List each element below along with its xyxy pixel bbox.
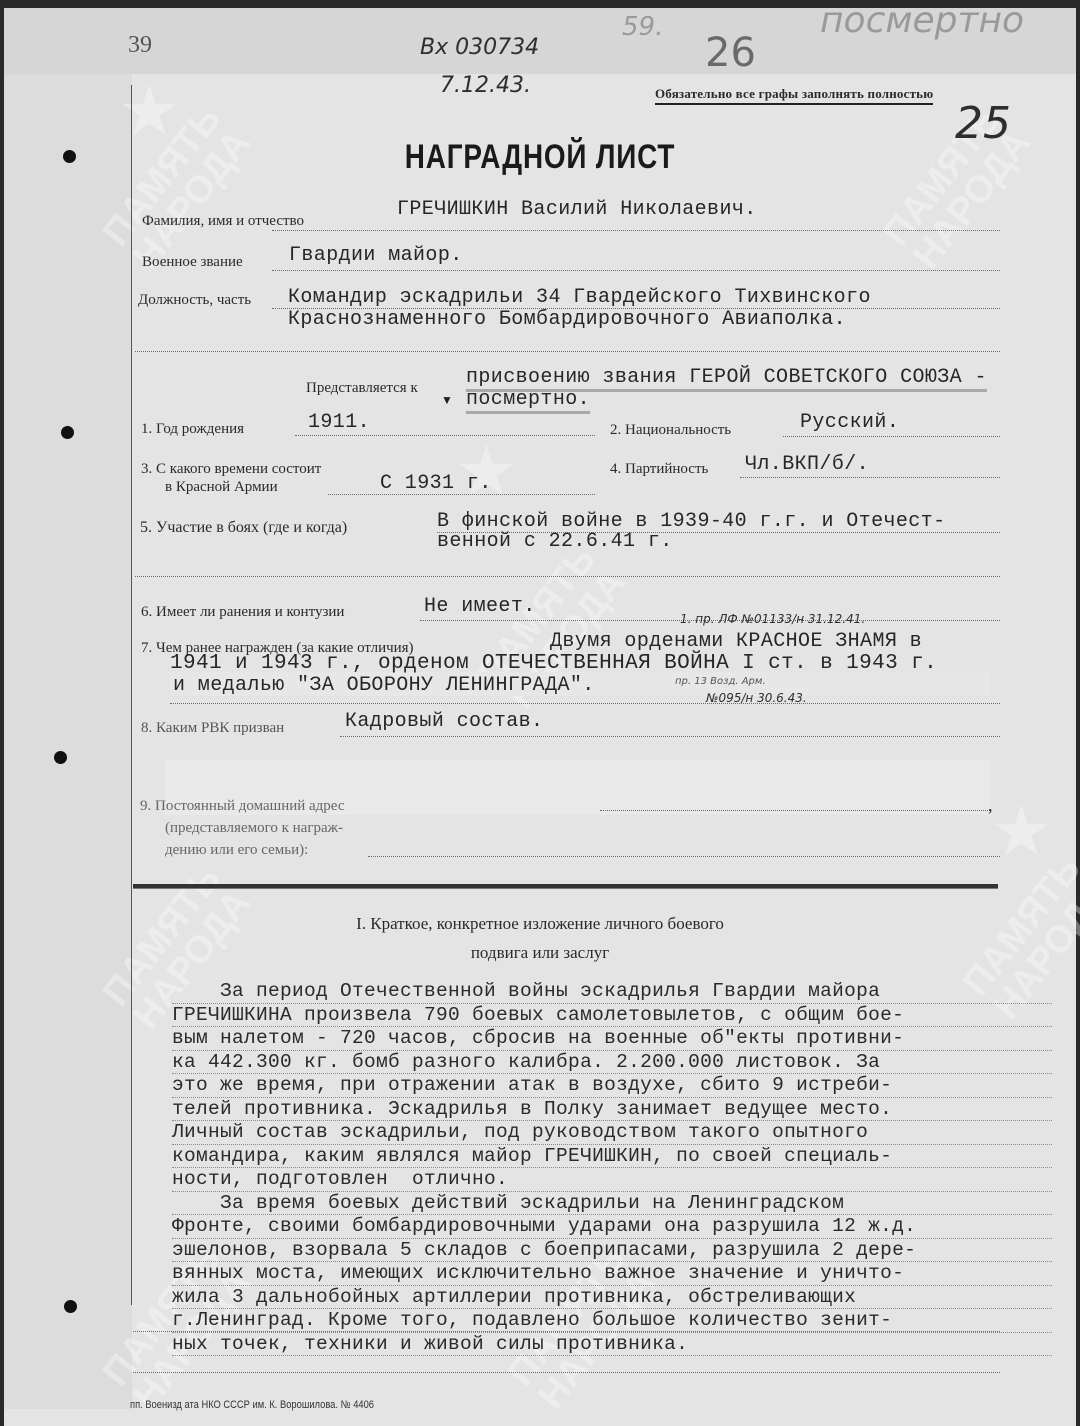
party-value: Чл.ВКП/б/. xyxy=(745,453,869,476)
printer-imprint: пп. Военизд ата НКО СССР им. К. Ворошило… xyxy=(130,1399,374,1411)
rank-value: Гвардии майор. xyxy=(289,244,463,267)
narrative-line: Личный состав эскадрильи, под руководств… xyxy=(172,1121,1052,1145)
address-label-line1: 9. Постоянный домашний адрес xyxy=(140,798,345,815)
full-name-line xyxy=(272,230,1000,231)
wounds-label: 6. Имеет ли ранения и контузии xyxy=(141,604,344,621)
birth-year-line xyxy=(295,435,595,436)
address-label-line2: (представляемого к награж- xyxy=(165,820,343,837)
nominated-label: Представляется к xyxy=(306,380,418,397)
birth-year-value: 1911. xyxy=(308,411,370,434)
handwritten-59: 59. xyxy=(622,12,663,42)
narrative-line: г.Ленинград. Кроме того, подавлено больш… xyxy=(172,1309,1052,1333)
blank-line xyxy=(133,1372,1000,1373)
narrative-line: телей противника. Эскадрилья в Полку зан… xyxy=(172,1098,1052,1122)
narrative-line: вянных моста, имеющих исключительно важн… xyxy=(172,1262,1052,1286)
position-line2 xyxy=(135,351,1000,352)
prev-awards-value-line2: 1941 и 1943 г., орденом ОТЕЧЕСТВЕННАЯ ВО… xyxy=(170,652,937,675)
narrative-line: ГРЕЧИШКИНА произвела 790 боевых самолето… xyxy=(172,1004,1052,1028)
punch-hole xyxy=(54,751,67,764)
narrative-line: За период Отечественной войны эскадрилья… xyxy=(172,980,1052,1004)
obligatory-notice: Обязательно все графы заполнять полность… xyxy=(655,86,933,105)
position-value-line1: Командир эскадрильи 34 Гвардейского Тихв… xyxy=(288,286,871,309)
army-since-value: С 1931 г. xyxy=(380,472,492,495)
prev-awards-value-line1: Двумя орденами КРАСНОЕ ЗНАМЯ в xyxy=(550,630,922,653)
nominated-value-line2: посмертно. xyxy=(466,388,590,414)
page-number: 39 xyxy=(128,32,152,59)
section-divider xyxy=(133,884,998,889)
narrative-line: ных точек, техники и живой силы противни… xyxy=(172,1333,1052,1357)
nationality-line xyxy=(783,436,1000,437)
section1-narrative: За период Отечественной войны эскадрилья… xyxy=(172,980,1052,1356)
arrow-marker-icon: ▼ xyxy=(441,393,453,408)
narrative-line: За время боевых действий эскадрильи на Л… xyxy=(172,1192,1052,1216)
party-line xyxy=(740,477,1000,478)
narrative-line: командира, каким являлся майор ГРЕЧИШКИН… xyxy=(172,1145,1052,1169)
blank-line xyxy=(133,1331,1000,1332)
conscripted-value: Кадровый состав. xyxy=(345,710,543,733)
rank-label: Военное звание xyxy=(142,254,243,271)
address-comma: , xyxy=(988,795,993,816)
award-handnote-1: 1. пр. ЛФ №01133/н 31.12.41. xyxy=(680,612,865,626)
full-name-value: ГРЕЧИШКИН Василий Николаевич. xyxy=(397,198,757,221)
narrative-line: жила 3 дальнобойных артиллерии противник… xyxy=(172,1286,1052,1310)
incoming-ref-number: Вх 030734 xyxy=(420,35,539,60)
position-value-line2: Краснознаменного Бомбардировочного Авиап… xyxy=(288,308,846,331)
incoming-date: 7.12.43. xyxy=(440,73,531,98)
battles-value-line2: венной с 22.6.41 г. xyxy=(437,530,673,553)
address-label-line3: дению или его семьи): xyxy=(165,842,308,859)
section1-heading-line1: I. Краткое, конкретное изложение личного… xyxy=(0,914,1080,934)
army-since-label-line2: в Красной Армии xyxy=(165,479,278,496)
narrative-line: ка 442.300 кг. бомб разного калибра. 2.2… xyxy=(172,1051,1052,1075)
handwritten-26: 26 xyxy=(705,30,756,76)
narrative-line: ности, подготовлен отлично. xyxy=(172,1168,1052,1192)
birth-year-label: 1. Год рождения xyxy=(141,421,244,438)
full-name-label: Фамилия, имя и отчество xyxy=(142,213,304,230)
army-since-label-line1: 3. С какого времени состоит xyxy=(141,461,321,478)
scan-left-strip xyxy=(4,74,132,1409)
battles-line2 xyxy=(135,576,1000,577)
address-line2 xyxy=(368,856,1000,857)
party-label: 4. Партийность xyxy=(610,461,708,478)
address-line1 xyxy=(600,810,988,811)
form-title: НАГРАДНОЙ ЛИСТ xyxy=(97,138,983,177)
punch-hole xyxy=(63,150,76,163)
punch-hole xyxy=(64,1300,77,1313)
narrative-line: вым налетом - 720 часов, сбросив на воен… xyxy=(172,1027,1052,1051)
pencil-note: посмертно xyxy=(820,0,1024,41)
section1-heading-line2: подвига или заслуг xyxy=(0,943,1080,963)
nationality-value: Русский. xyxy=(800,411,899,434)
conscripted-line xyxy=(340,736,1000,737)
prev-awards-value-line3: и медалью "ЗА ОБОРОНУ ЛЕНИНГРАДА". xyxy=(173,674,595,697)
rank-line xyxy=(272,270,1000,271)
position-label: Должность, часть xyxy=(138,292,251,309)
prev-awards-line xyxy=(170,703,1000,704)
punch-hole xyxy=(61,426,74,439)
army-since-line xyxy=(328,494,595,495)
conscripted-label: 8. Каким РВК призван xyxy=(141,720,284,737)
margin-line xyxy=(131,85,132,1305)
battles-label: 5. Участие в боях (где и когда) xyxy=(140,519,347,537)
award-handnote-2a: пр. 13 Возд. Арм. xyxy=(675,676,766,687)
wounds-value: Не имеет. xyxy=(424,595,536,618)
nationality-label: 2. Национальность xyxy=(610,422,731,439)
narrative-line: это же время, при отражении атак в возду… xyxy=(172,1074,1052,1098)
narrative-line: эшелонов, взорвала 5 складов с боеприпас… xyxy=(172,1239,1052,1263)
narrative-line: Фронте, своими бомбардировочными ударами… xyxy=(172,1215,1052,1239)
